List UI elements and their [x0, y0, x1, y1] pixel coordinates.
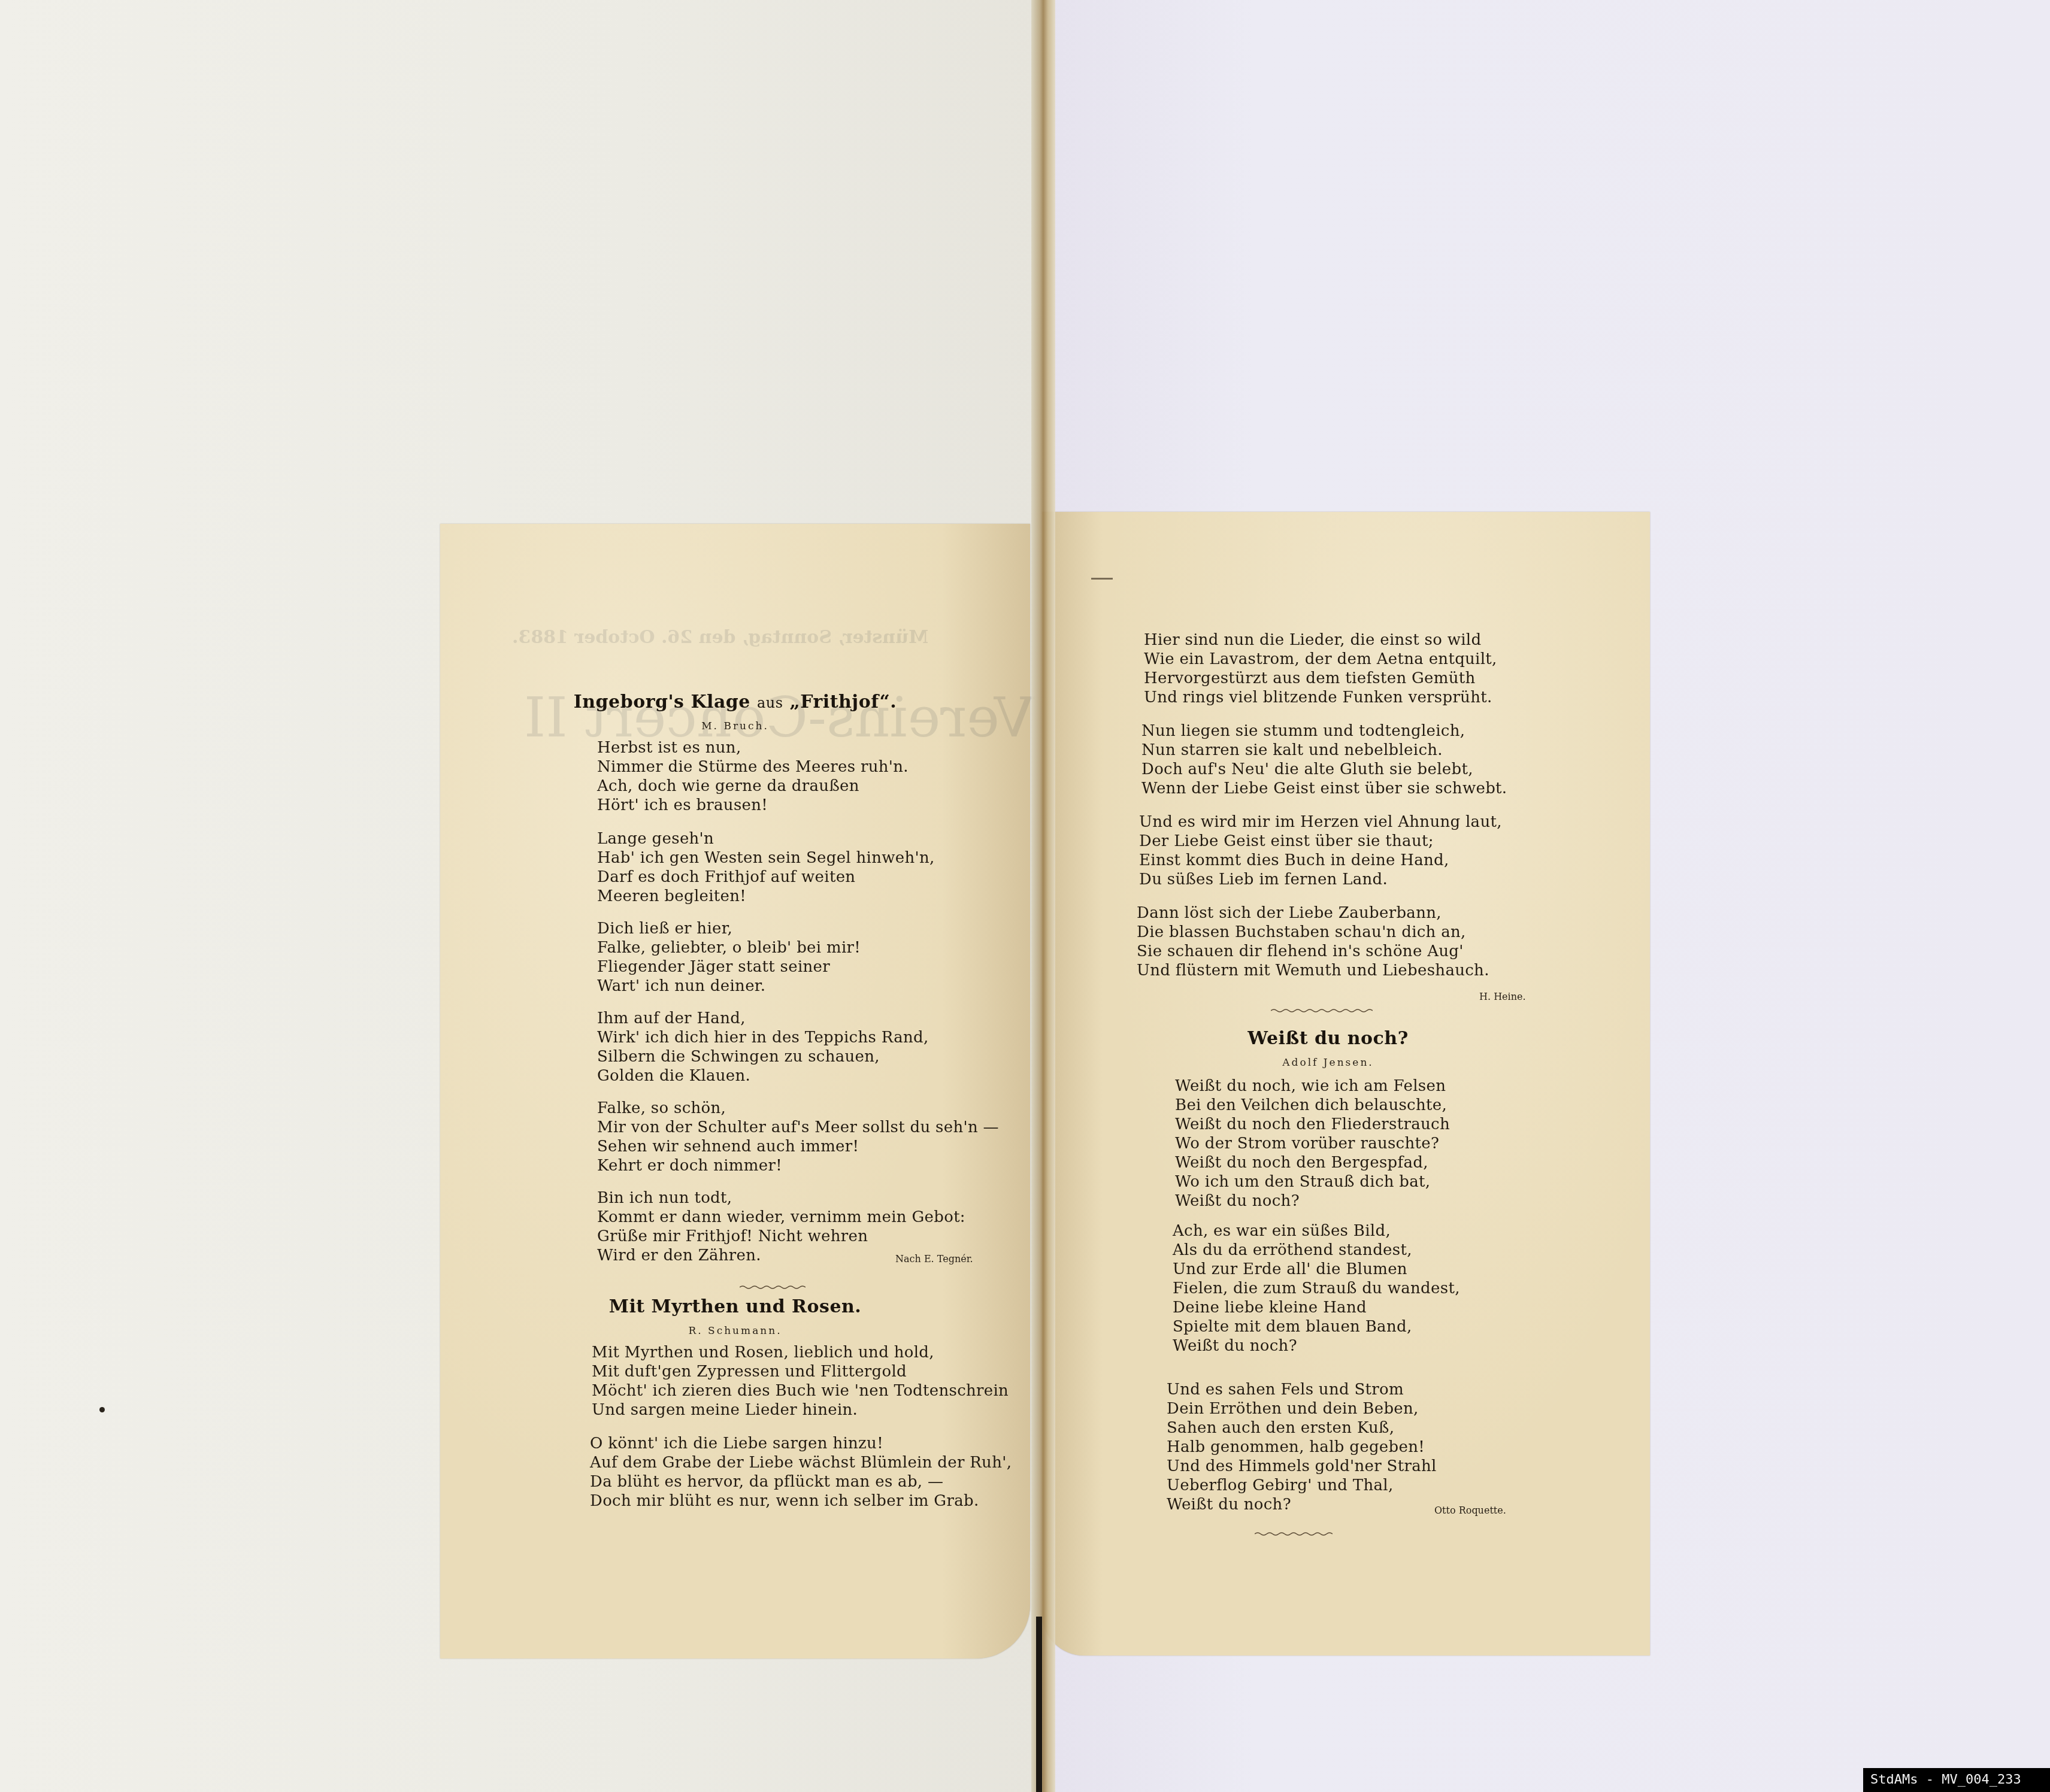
stanza: Dich ließ er hier, Falke, geliebter, o b… [597, 919, 861, 996]
stanza: Lange geseh'n Hab' ich gen Westen sein S… [597, 829, 935, 906]
attribution-heine: H. Heine. [1479, 991, 1526, 1002]
stanza: Nun liegen sie stumm und todtengleich, N… [1141, 721, 1507, 798]
attribution-tegner: Nach E. Tegnér. [895, 1253, 973, 1265]
left-page: Münster, Sonntag, den 26. October 1883. … [440, 524, 1030, 1658]
ink-spot [99, 1407, 105, 1412]
stanza: Und es wird mir im Herzen viel Ahnung la… [1139, 812, 1502, 889]
book-spine [1031, 0, 1055, 1792]
stanza: Mit Myrthen und Rosen, lieblich und hold… [592, 1343, 1009, 1420]
ink-mark [1091, 578, 1113, 580]
composer-schumann: R. Schumann. [440, 1325, 1030, 1337]
composer-jensen: Adolf Jensen. [1024, 1057, 1632, 1069]
stanza: Hier sind nun die Lieder, die einst so w… [1144, 630, 1497, 707]
attribution-roquette: Otto Roquette. [1434, 1505, 1506, 1516]
stanza: Falke, so schön, Mir von der Schulter au… [597, 1099, 999, 1175]
wavy-divider [1255, 1531, 1333, 1537]
stanza: Und es sahen Fels und Strom Dein Erröthe… [1167, 1380, 1437, 1514]
stanza: Ach, es war ein süßes Bild, Als du da er… [1173, 1221, 1460, 1356]
poem-title-myrthen: Mit Myrthen und Rosen. [440, 1296, 1030, 1317]
stanza: O könnt' ich die Liebe sargen hinzu! Auf… [590, 1434, 1012, 1511]
archive-id-label: StdAMs - MV_004_233 [1863, 1768, 2050, 1792]
spine-binding-edge [1036, 1617, 1042, 1792]
stanza: Dann löst sich der Liebe Zauberbann, Die… [1137, 903, 1489, 980]
stanza: Weißt du noch, wie ich am Felsen Bei den… [1175, 1077, 1450, 1211]
poem-title-ingeborg: Ingeborg's Klage aus „Frithjof“. [440, 692, 1030, 712]
poem-title-weisst-du-noch: Weißt du noch? [1024, 1028, 1632, 1049]
stanza: Herbst ist es nun, Nimmer die Stürme des… [597, 738, 909, 815]
composer-bruch: M. Bruch. [440, 720, 1030, 732]
bleed-through-date: Münster, Sonntag, den 26. October 1883. [512, 627, 928, 648]
wavy-divider [1271, 1008, 1373, 1014]
stanza: Ihm auf der Hand, Wirk' ich dich hier in… [597, 1009, 929, 1085]
wavy-divider [740, 1284, 806, 1290]
right-page: Hier sind nun die Lieder, die einst so w… [1042, 512, 1650, 1655]
